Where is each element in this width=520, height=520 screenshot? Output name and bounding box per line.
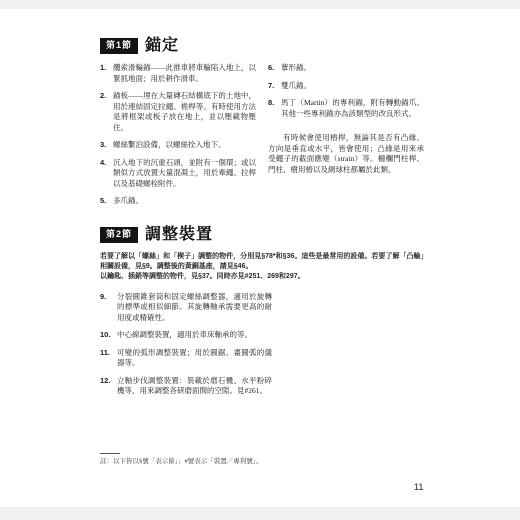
top-edge-band (0, 0, 520, 9)
section1-paragraph: 有時候會使用樁桿，無論其是否有凸緣、方向是垂直或水平，皆會使用；凸緣是用來承受繩… (268, 133, 424, 175)
footnote-text: 註：以下皆以§號「表示節」；#號表示「裝置／專利號」。 (100, 458, 263, 465)
item-text: 可變的弧形調整裝置；用於圓鋸、畫圓弧的儀器等。 (117, 348, 272, 369)
list-item: 5. 多爪錨。 (100, 196, 256, 207)
section1-columns: 1. 纜索滑輪錨——此推車將車輪陷入地上，以緊抓地面；用於耕作滑車。 2. 錨板… (100, 63, 424, 214)
list-item: 10. 中心線調整裝置，適用於車床軸承的等。 (100, 330, 272, 341)
list-item: 8. 馬丁（Martin）的專利錨，附有轉動錨爪。其他一些專利錨亦為該類型的改良… (268, 98, 424, 119)
section2-badge: 第2節 (100, 227, 138, 243)
section2-title: 調整裝置 (145, 227, 213, 243)
section1-right-column: 6. 蕈形錨。 7. 雙爪錨。 8. 馬丁（Martin）的專利錨，附有轉動錨爪… (268, 63, 424, 214)
item-number: 2. (100, 91, 113, 133)
page-number: 11 (414, 482, 423, 492)
item-number: 3. (100, 140, 113, 151)
item-text: 馬丁（Martin）的專利錨，附有轉動錨爪。其他一些專利錨亦為該類型的改良形式。 (281, 98, 424, 119)
document-page: 第1節 錨定 1. 纜索滑輪錨——此推車將車輪陷入地上，以緊抓地面；用於耕作滑車… (100, 38, 424, 404)
item-number: 9. (100, 292, 117, 324)
item-number: 10. (100, 330, 117, 341)
section2: 第2節 調整裝置 若要了解以「螺絲」和「楔子」調整的物件，分別見§78*和§36… (100, 227, 424, 397)
section1-badge: 第1節 (100, 38, 138, 54)
item-text: 纜索滑輪錨——此推車將車輪陷入地上，以緊抓地面；用於耕作滑車。 (113, 63, 256, 84)
item-number: 4. (100, 158, 113, 190)
list-item: 9. 分裂圓錐套筒和固定螺絲調整器，適用於旋轉的標準或相似細節。其旋轉軸承需要更… (100, 292, 272, 324)
list-item: 4. 沉入地下的沉重石頭，並附有一個環；或以類似方式放置大量混凝土，用於牽繩、拉… (100, 158, 256, 190)
section2-intro: 若要了解以「螺絲」和「楔子」調整的物件，分別見§78*和§36。這些是最常用的設… (100, 252, 424, 272)
item-text: 錨板——埋在大量磚石結構底下的土地中，用於連結固定拉繩、桅桿等。有時使用方法是將… (113, 91, 256, 133)
bottom-edge-band (0, 507, 520, 520)
section1-left-column: 1. 纜索滑輪錨——此推車將車輪陷入地上，以緊抓地面；用於耕作滑車。 2. 錨板… (100, 63, 256, 214)
item-text: 多爪錨。 (113, 196, 256, 207)
item-text: 沉入地下的沉重石頭，並附有一個環；或以類似方式放置大量混凝土，用於牽繩、拉桿以及… (113, 158, 256, 190)
item-text: 蕈形錨。 (281, 63, 424, 74)
item-number: 12. (100, 376, 117, 397)
section2-header: 第2節 調整裝置 (100, 227, 424, 243)
list-item: 1. 纜索滑輪錨——此推車將車輪陷入地上，以緊抓地面；用於耕作滑車。 (100, 63, 256, 84)
item-number: 7. (268, 81, 281, 92)
item-number: 6. (268, 63, 281, 74)
section2-items: 9. 分裂圓錐套筒和固定螺絲調整器，適用於旋轉的標準或相似細節。其旋轉軸承需要更… (100, 292, 272, 397)
item-text: 中心線調整裝置，適用於車床軸承的等。 (117, 330, 272, 341)
item-text: 雙爪錨。 (281, 81, 424, 92)
item-number: 5. (100, 196, 113, 207)
section2-intro-line2: 以鑰匙、插銷等調整的物件，見§37。同時亦見#251、269和297。 (100, 272, 424, 282)
list-item: 7. 雙爪錨。 (268, 81, 424, 92)
section1-header: 第1節 錨定 (100, 38, 424, 54)
item-text: 立軸步伐調整裝置：裝載於磨石機、水平粉碎機等，用來調整各研磨面間的空隙。見#26… (117, 376, 272, 397)
list-item: 11. 可變的弧形調整裝置；用於圓鋸、畫圓弧的儀器等。 (100, 348, 272, 369)
item-text: 螺絲繫泊設備，以螺絲拴入地下。 (113, 140, 256, 151)
list-item: 6. 蕈形錨。 (268, 63, 424, 74)
item-number: 1. (100, 63, 113, 84)
list-item: 12. 立軸步伐調整裝置：裝載於磨石機、水平粉碎機等，用來調整各研磨面間的空隙。… (100, 376, 272, 397)
item-number: 11. (100, 348, 117, 369)
section1-right-items: 6. 蕈形錨。 7. 雙爪錨。 8. 馬丁（Martin）的專利錨，附有轉動錨爪… (268, 63, 424, 119)
list-item: 3. 螺絲繫泊設備，以螺絲拴入地下。 (100, 140, 256, 151)
list-item: 2. 錨板——埋在大量磚石結構底下的土地中，用於連結固定拉繩、桅桿等。有時使用方… (100, 91, 256, 133)
footnote: 註：以下皆以§號「表示節」；#號表示「裝置／專利號」。 (100, 453, 424, 466)
item-text: 分裂圓錐套筒和固定螺絲調整器，適用於旋轉的標準或相似細節。其旋轉軸承需要更高的耐… (117, 292, 272, 324)
item-number: 8. (268, 98, 281, 119)
footnote-rule (100, 453, 120, 454)
section1-title: 錨定 (145, 38, 179, 54)
